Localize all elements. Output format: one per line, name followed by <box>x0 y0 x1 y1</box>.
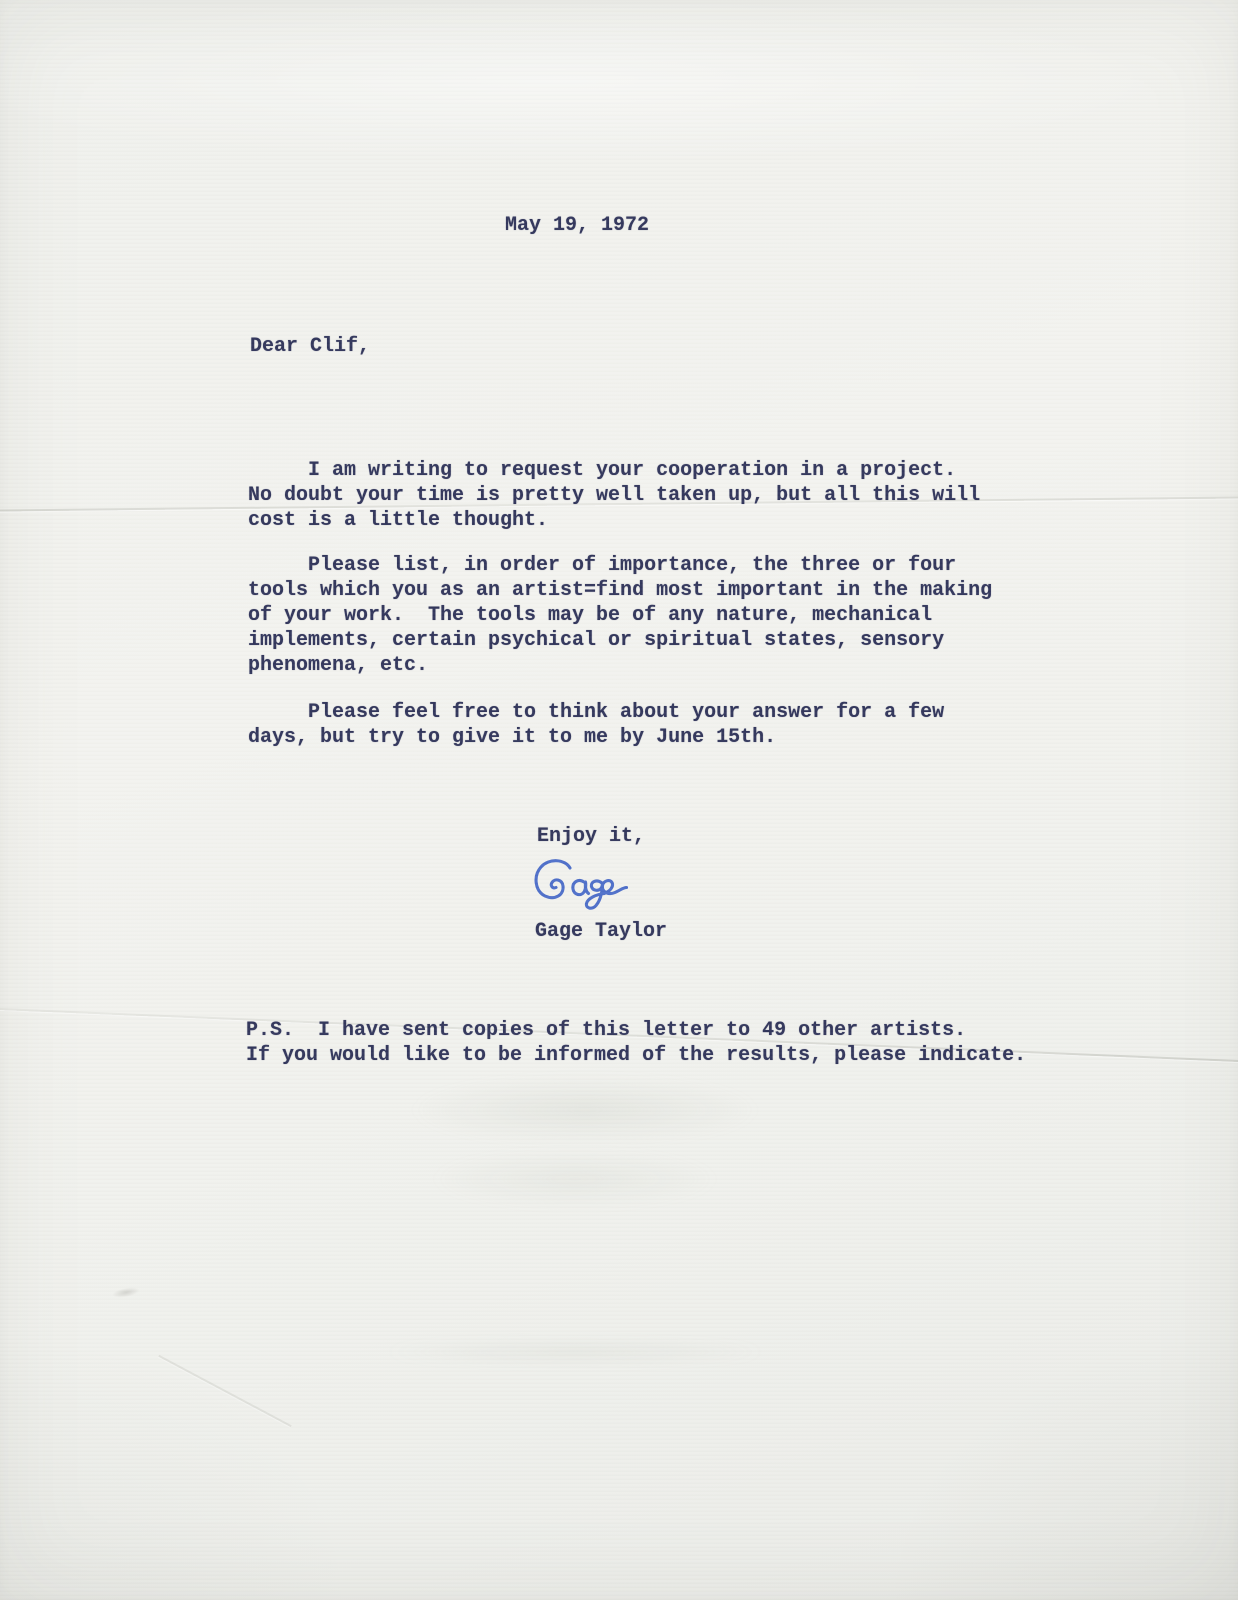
letter-salutation: Dear Clif, <box>250 334 370 359</box>
letter-closing: Enjoy it, <box>537 824 645 849</box>
pencil-smudge <box>111 1286 140 1300</box>
ink-bleedthrough-smudge <box>435 1152 715 1206</box>
handwritten-signature <box>532 856 658 914</box>
letter-date: May 19, 1972 <box>505 213 649 238</box>
ink-bleedthrough-smudge <box>390 1342 760 1362</box>
fold-crease-corner <box>158 1355 291 1427</box>
letter-paragraph-3: Please feel free to think about your ans… <box>248 700 944 750</box>
letter-page: May 19, 1972 Dear Clif, I am writing to … <box>0 0 1238 1600</box>
signature-typed-name: Gage Taylor <box>535 919 667 944</box>
ink-bleedthrough-smudge <box>415 1078 755 1142</box>
letter-paragraph-1: I am writing to request your cooperation… <box>248 458 980 533</box>
letter-paragraph-2: Please list, in order of importance, the… <box>248 553 992 678</box>
letter-postscript: P.S. I have sent copies of this letter t… <box>246 1018 1026 1068</box>
